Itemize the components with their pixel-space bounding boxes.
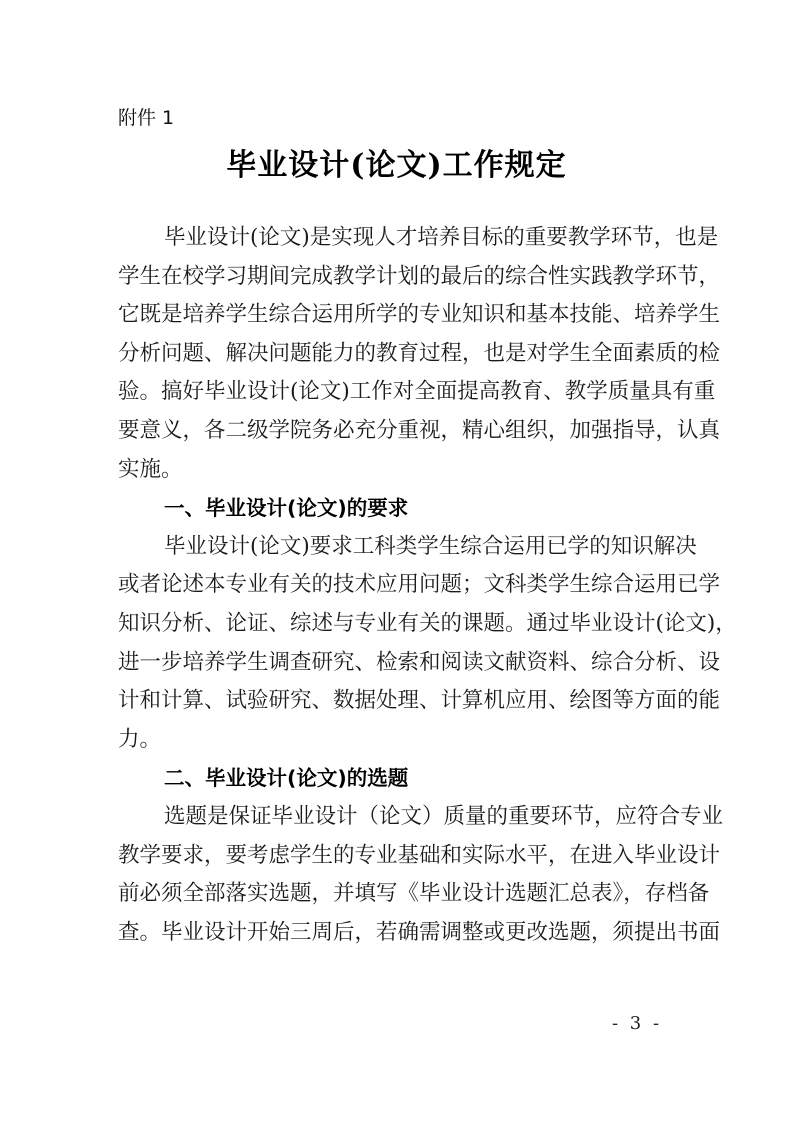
paragraph-line: 毕业设计(论文)是实现人才培养目标的重要教学环节，也是 <box>118 219 678 258</box>
attachment-label: 附件 1 <box>118 103 174 130</box>
paragraph-line: 查。毕业设计开始三周后，若确需调整或更改选题，须提出书面 <box>118 914 678 953</box>
section-heading-requirements: 一、毕业设计(论文)的要求 <box>118 489 678 528</box>
paragraph-line: 学生在校学习期间完成教学计划的最后的综合性实践教学环节， <box>118 258 678 297</box>
paragraph-line: 要意义，各二级学院务必充分重视，精心组织，加强指导，认真 <box>118 412 678 451</box>
paragraph-line: 实施。 <box>118 451 678 490</box>
paragraph-line: 教学要求，要考虑学生的专业基础和实际水平，在进入毕业设计 <box>118 837 678 876</box>
paragraph-line: 进一步培养学生调查研究、检索和阅读文献资料、综合分析、设 <box>118 644 678 683</box>
paragraph-line: 知识分析、论证、综述与专业有关的课题。通过毕业设计(论文)， <box>118 605 678 644</box>
paragraph-line: 前必须全部落实选题，并填写《毕业设计选题汇总表》，存档备 <box>118 875 678 914</box>
document-page: 附件 1 毕业设计(论文)工作规定 毕业设计(论文)是实现人才培养目标的重要教学… <box>0 0 793 1122</box>
section-heading-topic-selection: 二、毕业设计(论文)的选题 <box>118 759 678 798</box>
paragraph-line: 力。 <box>118 721 678 760</box>
paragraph-line: 毕业设计(论文)要求工科类学生综合运用已学的知识解决 <box>118 528 678 567</box>
document-title: 毕业设计(论文)工作规定 <box>0 140 793 184</box>
paragraph-line: 计和计算、试验研究、数据处理、计算机应用、绘图等方面的能 <box>118 682 678 721</box>
intro-paragraph: 毕业设计(论文)是实现人才培养目标的重要教学环节，也是 学生在校学习期间完成教学… <box>118 219 678 952</box>
paragraph-line: 选题是保证毕业设计（论文）质量的重要环节，应符合专业 <box>118 798 678 837</box>
paragraph-line: 它既是培养学生综合运用所学的专业知识和基本技能、培养学生 <box>118 296 678 335</box>
paragraph-line: 验。搞好毕业设计(论文)工作对全面提高教育、教学质量具有重 <box>118 373 678 412</box>
paragraph-line: 分析问题、解决问题能力的教育过程，也是对学生全面素质的检 <box>118 335 678 374</box>
page-number: - 3 - <box>612 1013 662 1034</box>
paragraph-line: 或者论述本专业有关的技术应用问题；文科类学生综合运用已学 <box>118 566 678 605</box>
